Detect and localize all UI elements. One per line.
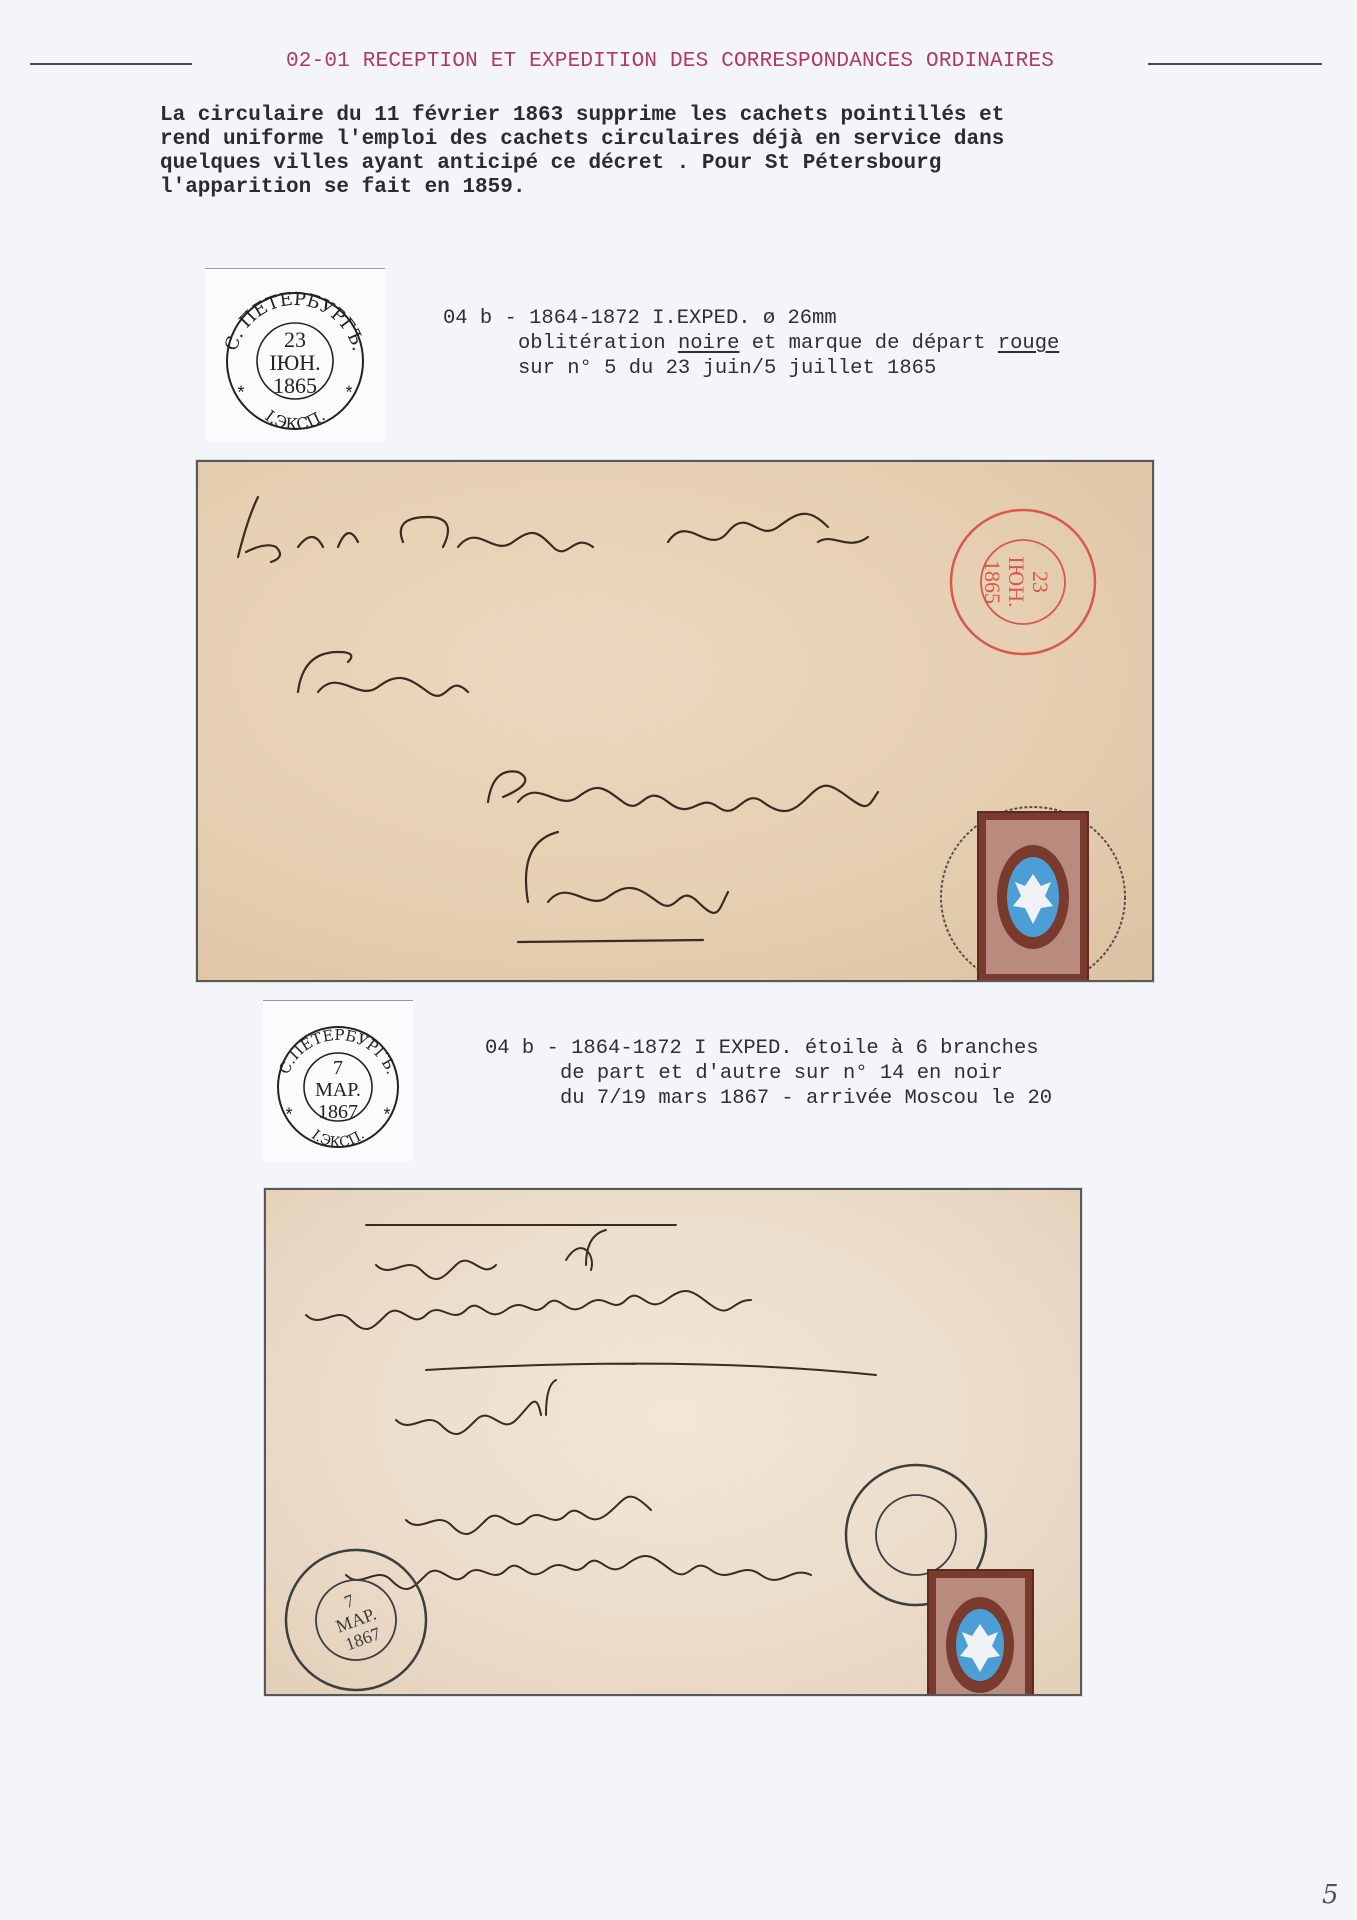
description-line-1: 04 b - 1864-1872 I.EXPED. ø 26mm bbox=[443, 306, 1059, 331]
svg-text:7: 7 bbox=[333, 1057, 343, 1079]
description-line-2: oblitération noire et marque de départ r… bbox=[443, 331, 1059, 356]
cover-1867: 7 МАР. 1867 bbox=[264, 1188, 1082, 1696]
cover-illustration: 23 IЮН. 1865 bbox=[198, 462, 1152, 980]
svg-text:23: 23 bbox=[284, 327, 306, 352]
cancel-tracing-1867: С.ПЕТЕРБУРГЪ. I.ЭКСП. 7 МАР. 1867 * * bbox=[263, 1000, 413, 1161]
header-rule-right bbox=[1148, 63, 1322, 65]
underlined-noire: noire bbox=[678, 332, 740, 355]
svg-text:1865: 1865 bbox=[980, 560, 1005, 604]
svg-text:I.ЭКСП.: I.ЭКСП. bbox=[261, 406, 328, 434]
svg-text:*: * bbox=[344, 385, 355, 405]
cancel-tracing-1865: С. ПЕТЕРБУРГЪ. I.ЭКСП. 23 IЮН. 1865 * * bbox=[205, 268, 385, 441]
item-description-1865: 04 b - 1864-1872 I.EXPED. ø 26mm oblitér… bbox=[443, 306, 1059, 381]
cancel-mark-left: 7 МАР. 1867 bbox=[266, 1530, 445, 1694]
stamp-no14 bbox=[928, 1570, 1033, 1694]
svg-text:1867: 1867 bbox=[318, 1101, 358, 1123]
svg-text:*: * bbox=[382, 1107, 393, 1127]
page-title: 02-01 RECEPTION ET EXPEDITION DES CORRES… bbox=[200, 50, 1140, 73]
description-line-3: sur n° 5 du 23 juin/5 juillet 1865 bbox=[443, 356, 1059, 381]
svg-text:*: * bbox=[284, 1107, 295, 1127]
svg-text:I.ЭКСП.: I.ЭКСП. bbox=[308, 1127, 367, 1151]
handwriting-icon bbox=[306, 1225, 876, 1589]
description-line-2: de part et d'autre sur n° 14 en noir bbox=[485, 1061, 1052, 1086]
underlined-rouge: rouge bbox=[998, 332, 1060, 355]
cover-illustration: 7 МАР. 1867 bbox=[266, 1190, 1080, 1694]
svg-text:1865: 1865 bbox=[273, 373, 317, 398]
description-line-1: 04 b - 1864-1872 I EXPED. étoile à 6 bra… bbox=[485, 1036, 1052, 1061]
handwriting-icon bbox=[238, 497, 878, 942]
description-line-3: du 7/19 mars 1867 - arrivée Moscou le 20 bbox=[485, 1086, 1052, 1111]
page-number: 5 bbox=[1322, 1880, 1339, 1910]
svg-text:23: 23 bbox=[1028, 571, 1053, 593]
header-rule-left bbox=[30, 63, 192, 65]
postmark-tracing-icon: С. ПЕТЕРБУРГЪ. I.ЭКСП. 23 IЮН. 1865 * * bbox=[205, 269, 385, 441]
postmark-tracing-icon: С.ПЕТЕРБУРГЪ. I.ЭКСП. 7 МАР. 1867 * * bbox=[263, 1001, 413, 1161]
stamp-no5 bbox=[941, 807, 1125, 980]
item-description-1867: 04 b - 1864-1872 I EXPED. étoile à 6 bra… bbox=[485, 1036, 1052, 1111]
red-departure-mark: 23 IЮН. 1865 bbox=[951, 510, 1095, 654]
svg-text:IЮН.: IЮН. bbox=[269, 350, 320, 375]
intro-paragraph: La circulaire du 11 février 1863 supprim… bbox=[160, 104, 1170, 200]
svg-text:*: * bbox=[236, 385, 247, 405]
svg-text:МАР.: МАР. bbox=[315, 1079, 361, 1101]
cover-1865: 23 IЮН. 1865 bbox=[196, 460, 1154, 982]
svg-text:IЮН.: IЮН. bbox=[1004, 556, 1029, 607]
